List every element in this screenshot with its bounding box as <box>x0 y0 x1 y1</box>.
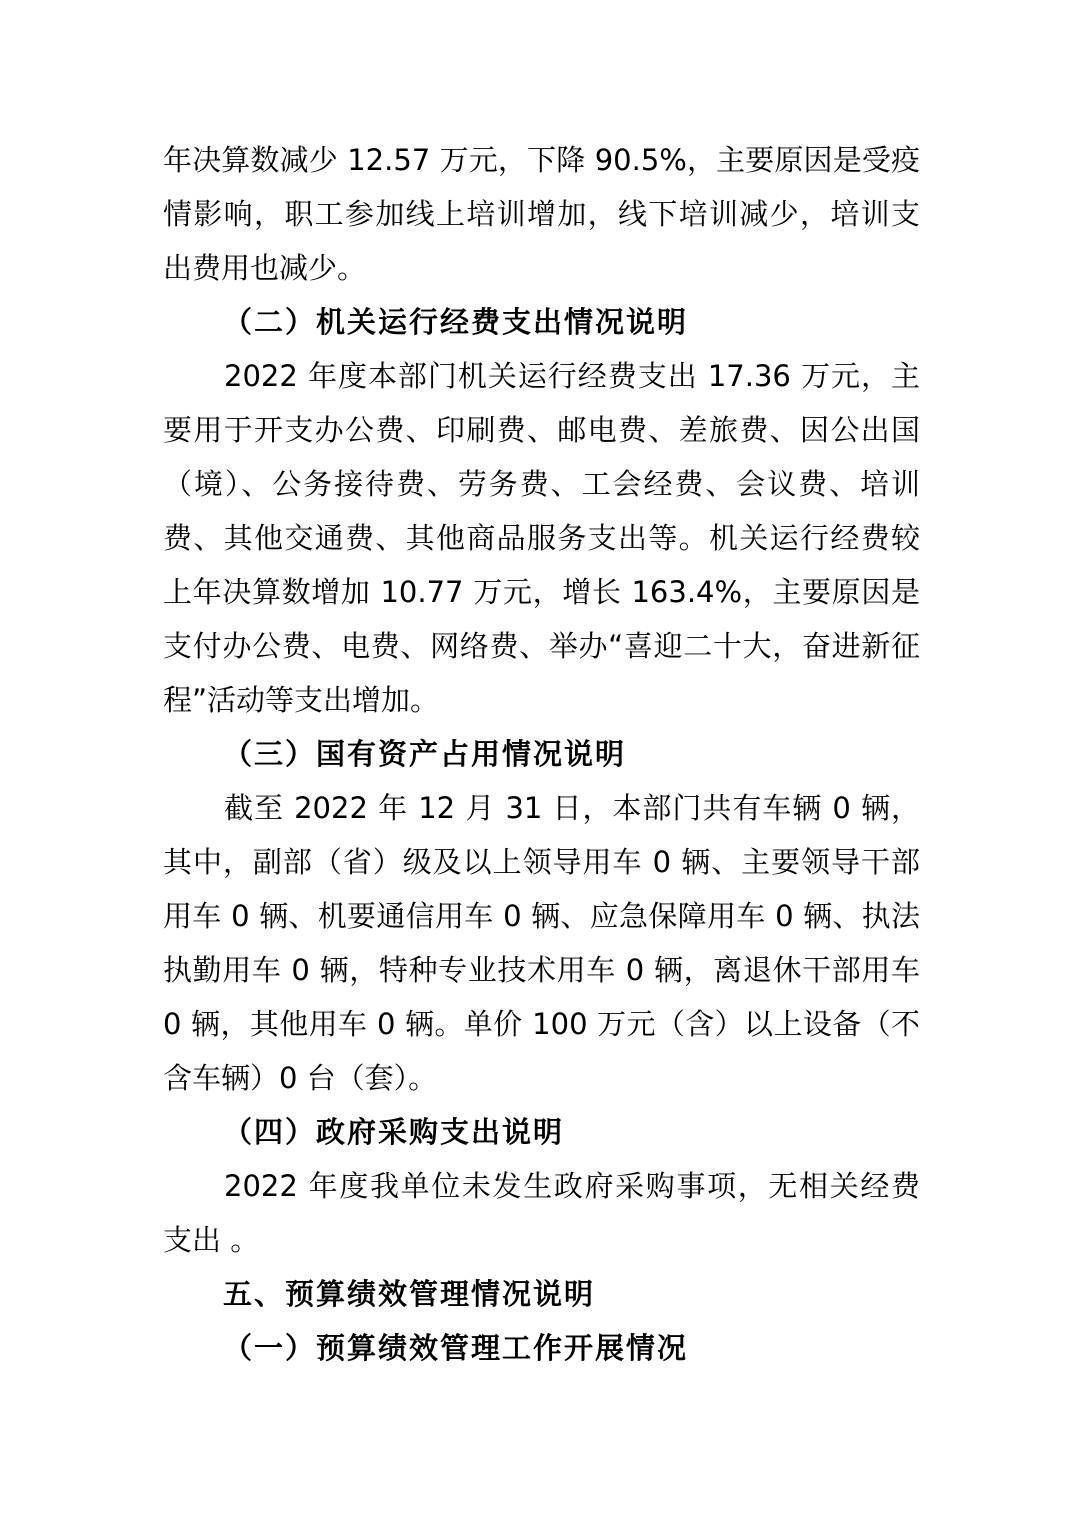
document-body: 年决算数减少 12.57 万元，下降 90.5%，主要原因是受疫情影响，职工参加… <box>163 133 920 1375</box>
body-text-line: 2022 年度我单位未发生政府采购事项，无相关经费 <box>163 1159 920 1213</box>
body-text-line: 出费用也减少。 <box>163 241 920 295</box>
body-text-line: 年决算数减少 12.57 万元，下降 90.5%，主要原因是受疫 <box>163 133 920 187</box>
heading-line: （一）预算绩效管理工作开展情况 <box>163 1321 920 1375</box>
document-page: 年决算数减少 12.57 万元，下降 90.5%，主要原因是受疫情影响，职工参加… <box>0 0 1075 1520</box>
heading-line: （二）机关运行经费支出情况说明 <box>163 295 920 349</box>
body-text-line: 0 辆，其他用车 0 辆。单价 100 万元（含）以上设备（不 <box>163 997 920 1051</box>
heading-line: （四）政府采购支出说明 <box>163 1105 920 1159</box>
heading-line: （三）国有资产占用情况说明 <box>163 727 920 781</box>
body-text-line: 支付办公费、电费、网络费、举办“喜迎二十大，奋进新征 <box>163 619 920 673</box>
body-text-line: 费、其他交通费、其他商品服务支出等。机关运行经费较 <box>163 511 920 565</box>
body-text-line: 要用于开支办公费、印刷费、邮电费、差旅费、因公出国 <box>163 403 920 457</box>
body-text-line: 含车辆）0 台（套）。 <box>163 1051 920 1105</box>
heading-line: 五、预算绩效管理情况说明 <box>163 1267 920 1321</box>
body-text-line: 上年决算数增加 10.77 万元，增长 163.4%，主要原因是 <box>163 565 920 619</box>
body-text-line: 用车 0 辆、机要通信用车 0 辆、应急保障用车 0 辆、执法 <box>163 889 920 943</box>
body-text-line: （境）、公务接待费、劳务费、工会经费、会议费、培训 <box>163 457 920 511</box>
body-text-line: 截至 2022 年 12 月 31 日，本部门共有车辆 0 辆， <box>163 781 920 835</box>
body-text-line: 执勤用车 0 辆，特种专业技术用车 0 辆，离退休干部用车 <box>163 943 920 997</box>
body-text-line: 程”活动等支出增加。 <box>163 673 920 727</box>
body-text-line: 支出 。 <box>163 1213 920 1267</box>
body-text-line: 情影响，职工参加线上培训增加，线下培训减少，培训支 <box>163 187 920 241</box>
body-text-line: 2022 年度本部门机关运行经费支出 17.36 万元，主 <box>163 349 920 403</box>
body-text-line: 其中，副部（省）级及以上领导用车 0 辆、主要领导干部 <box>163 835 920 889</box>
